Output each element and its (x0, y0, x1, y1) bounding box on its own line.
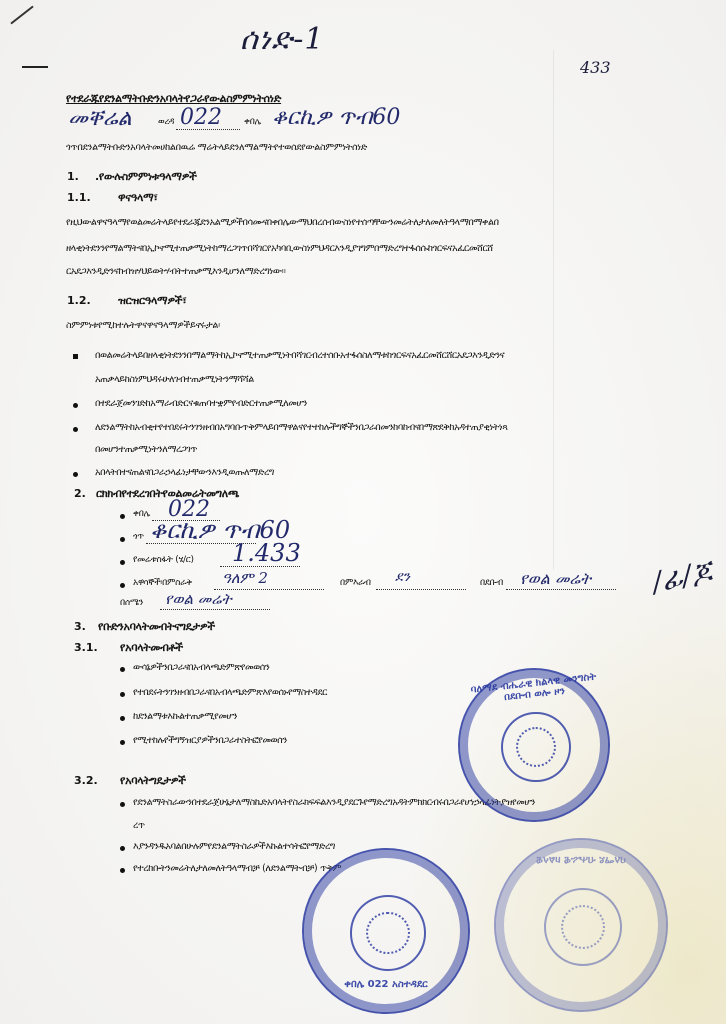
document-title: የተደራጁየደንልማትቡድንአባላትየጋራየውልስምምነትሰነድ (66, 92, 281, 106)
section-number: 1. (67, 170, 79, 183)
section-3-1-title: የአባላትመብቶች (120, 641, 183, 655)
paragraph-line: ዘላቂነትደንንየማልማትናበኢኮኖሚተጠቃሚነትከማረጋገጥበሻገርየአካባቢ… (66, 243, 493, 254)
list-item: እያንዳንዱአባልበሁሉምየደንልማትስራዎችእኩልተሳትፎየማድረግ (133, 841, 335, 852)
section-intro: ስምምነቱየሚከተሉትዋናዋናዓላማዎችይኖሩታል፡ (66, 320, 220, 331)
bullet-icon (120, 740, 125, 745)
paragraph-line: ርአደጋእንዲድንናከብዝሃህይወትሃብትተጠቃሚእንዲሆንለማድረግነው። (66, 266, 286, 277)
bullet-icon (120, 692, 125, 697)
pen-dash (22, 66, 48, 68)
field-label: በምእራብ (340, 578, 371, 588)
section-number: 3.2. (74, 774, 98, 787)
woreda-label: ወረዳ (158, 117, 174, 127)
section-1-1-title: ዋናዓላማ፣ (118, 191, 158, 205)
bullet-icon (120, 560, 125, 565)
bullet-icon (73, 354, 78, 359)
bullet-icon (73, 403, 78, 408)
kebele-label: ቀበሌ (244, 117, 261, 127)
handwritten-kebele: ቆርኪዎ ጥብ60 (272, 105, 400, 130)
bullet-icon (120, 667, 125, 672)
stamp-text: ባለማደ ብሔራዊ ክልላዊ (496, 854, 666, 865)
signature: /ፊ/ጆ (649, 554, 715, 600)
paragraph-line: የዚህውልዋናዓላማየወልመሬትላይየተደራጁደንአልሚዎችበሳሙናበቀበሌውማ… (66, 217, 499, 228)
bullet-icon (73, 427, 78, 432)
stamp-text: ባለማደ ብሔራዊ ክልላዊ መንግስት በደቡብ ወሎ ዞን (459, 670, 608, 707)
official-stamp: ባለማደ ብሔራዊ ክልላዊ መንግስት በደቡብ ወሎ ዞን (458, 668, 610, 822)
bullet-icon (120, 868, 125, 873)
list-item: ለደንልማትከአብቂተየተበደሩትንገንዘብበአግባቡጥቅምላይበማዋልናየተተ… (95, 422, 508, 433)
field-value: ደን (395, 569, 410, 585)
list-item: የተረከቡትንመሬትለታለመለትዓላማብቻ (ለደንልማትብቻ) ጥቅም (133, 863, 341, 874)
bullet-icon (120, 537, 125, 542)
list-item: ውሳኔዎችንበጋራናበአብላጫድምጽየመወሰን (133, 662, 270, 673)
section-3-title: የቡድንአባላትመብትናግዴታዎች (98, 620, 215, 634)
field-label: ቀበሌ (133, 509, 150, 519)
handwritten-page-number: 433 (580, 58, 611, 77)
list-item: የተበደሩትንገንዘብበጋራናበአብላጫድምጽእየወሰኑየማስተዳደር (133, 687, 327, 698)
section-1-2-title: ዝርዝርዓላማዎች፣ (118, 294, 187, 308)
field-label: አዋሳኞች፡በምስራቅ (133, 578, 192, 588)
bullet-icon (73, 472, 78, 477)
bullet-icon (120, 846, 125, 851)
field-value: የወል መሬት (520, 569, 591, 589)
field-label: የመሬቱስፋት (ሄ/ር) (133, 555, 194, 565)
fold-line (553, 50, 554, 570)
list-item: አጠቃላይከስነምህዳሩሁለገብተጠቃሚነትንማሻሻል (95, 374, 254, 385)
list-item: በመሆንተጠቃሚነትንለማረጋገጥ (95, 444, 197, 455)
field-label: በሰሜን (120, 598, 143, 608)
list-item: በተደራጀመንገድከአማራብድርናቁጠባተቋምየብድርተጠቃሚለመሆን (95, 398, 307, 409)
field-value: 1.433 (232, 539, 301, 567)
list-item: አበላትበተናጠልናበጋራኃላፊነታቸውንእንዲወጡለማድረግ (95, 467, 274, 478)
section-number: 2. (74, 487, 86, 500)
field-label: ጎጥ (133, 532, 144, 542)
official-stamp: ባለማደ ብሔራዊ ክልላዊ (494, 838, 668, 1012)
bullet-icon (120, 583, 125, 588)
official-stamp: ቀበሌ 022 አስተዳደር (302, 848, 470, 1014)
list-item: የደንልማትስራውንበተደራጀሁኔታለማስኬድአባላትየስራክፍፍልእንዲያደር… (133, 797, 535, 808)
bullet-icon (120, 716, 125, 721)
document-subtitle: ጎጥበደንልማትቡድንአባላትመሀከልበዉሬ ማሬትላይደንለማልማትየተወሰደ… (66, 142, 367, 153)
section-1-title: .የውሉስምምነቱዓላማዎች (95, 170, 197, 184)
list-item: በወልመሬትላይበዘላቂነትደንንበማልማትከኢኮኖሚተጠቃሚነትበሻገርብረተ… (95, 350, 504, 361)
field-value: የወል መሬት (165, 590, 232, 608)
list-item: ረጥ (133, 820, 145, 831)
handwritten-doc-mark: ሰነድ-1 (240, 22, 325, 57)
handwritten-subcity: መቐሬል (68, 106, 132, 131)
section-3-2-title: የአባላትግዴታዎች (120, 774, 186, 788)
stamp-text: ቀበሌ 022 አስተዳደር (304, 979, 468, 990)
field-value: ዓለም 2 (222, 569, 268, 587)
handwritten-woreda: 022 (180, 105, 222, 130)
section-number: 3.1. (74, 641, 98, 654)
field-label: በደቡብ (480, 578, 503, 588)
document-page: ሰነድ-1 433 የተደራጁየደንልማትቡድንአባላትየጋራየውልስምምነትሰ… (0, 0, 726, 1024)
bullet-icon (120, 514, 125, 519)
bullet-icon (120, 802, 125, 807)
list-item: ከደንልማቱእኩልተጠቃሚየመሆን (133, 711, 237, 722)
pen-mark (10, 6, 33, 25)
section-number: 1.2. (67, 294, 91, 307)
section-number: 3. (74, 620, 86, 633)
list-item: የሚተከሉየችግኝዝርያዎችንበጋራተስትፎየመወሰን (133, 735, 287, 746)
section-number: 1.1. (67, 191, 91, 204)
